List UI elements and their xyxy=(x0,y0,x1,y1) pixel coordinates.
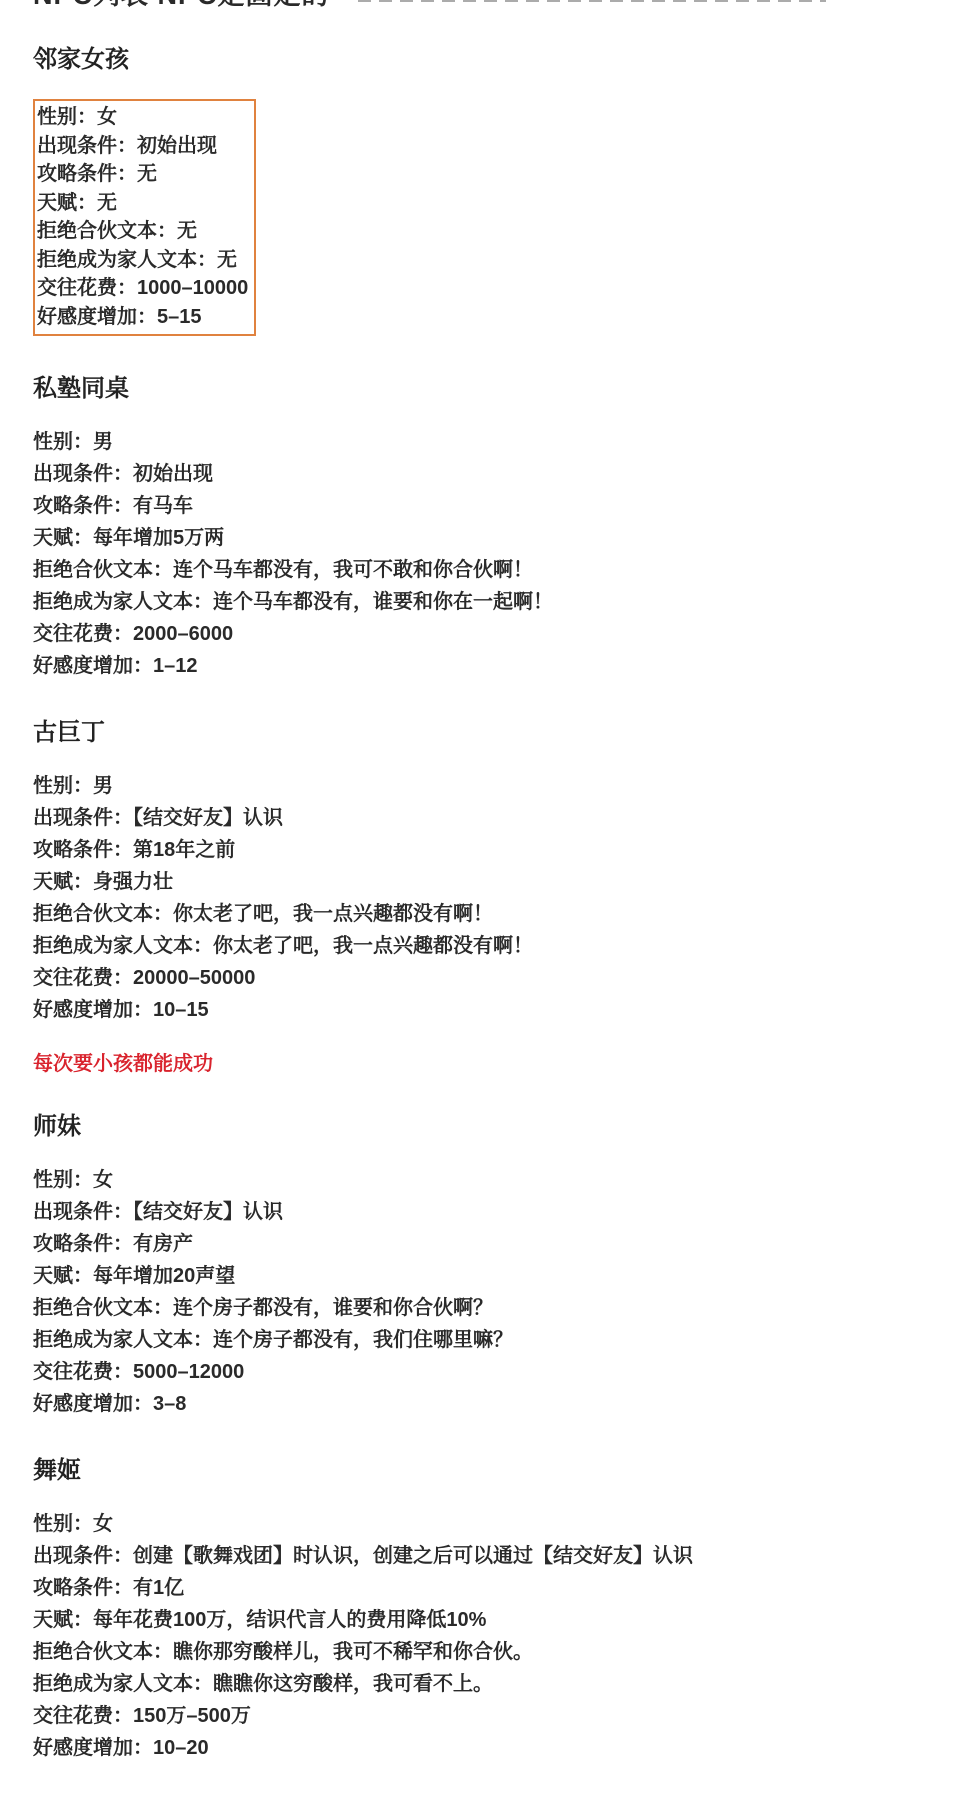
attr-refuse-partner-text: 拒绝合伙文本：连个房子都没有，谁要和你合伙啊？ xyxy=(33,1292,960,1324)
attr-refuse-partner-text: 拒绝合伙文本：无 xyxy=(37,217,248,246)
npc-name-heading: 古巨丁 xyxy=(33,718,960,748)
npc-section-linjianühai: 邻家女孩 性别：女 出现条件：初始出现 攻略条件：无 天赋：无 拒绝合伙文本：无… xyxy=(33,45,960,338)
attr-gender: 性别：女 xyxy=(37,103,248,132)
attr-refuse-family-text: 拒绝成为家人文本：瞧瞧你这穷酸样，我可看不上。 xyxy=(33,1668,960,1700)
attr-appear-condition: 出现条件：【结交好友】认识 xyxy=(33,1196,960,1228)
attr-pursue-condition: 攻略条件：有马车 xyxy=(33,490,960,522)
attr-gender: 性别：男 xyxy=(33,770,960,802)
attr-appear-condition: 出现条件：【结交好友】认识 xyxy=(33,802,960,834)
attr-talent: 天赋：每年增加20声望 xyxy=(33,1260,960,1292)
page-title-cropped: NPC列表 NPC是固定的 xyxy=(33,0,960,9)
attr-pursue-condition: 攻略条件：第18年之前 xyxy=(33,834,960,866)
attr-appear-condition: 出现条件：创建【歌舞戏团】时认识，创建之后可以通过【结交好友】认识 xyxy=(33,1540,960,1572)
attr-dating-cost: 交往花费：5000–12000 xyxy=(33,1356,960,1388)
attr-favor-gain: 好感度增加：10–15 xyxy=(33,994,960,1026)
attr-refuse-family-text: 拒绝成为家人文本：你太老了吧，我一点兴趣都没有啊！ xyxy=(33,930,960,962)
attr-refuse-family-text: 拒绝成为家人文本：无 xyxy=(37,246,248,275)
attr-gender: 性别：女 xyxy=(33,1508,960,1540)
attr-pursue-condition: 攻略条件：有1亿 xyxy=(33,1572,960,1604)
attr-refuse-partner-text: 拒绝合伙文本：你太老了吧，我一点兴趣都没有啊！ xyxy=(33,898,960,930)
attr-dating-cost: 交往花费：2000–6000 xyxy=(33,618,960,650)
npc-section-sishutongzhuo: 私塾同桌 性别：男 出现条件：初始出现 攻略条件：有马车 天赋：每年增加5万两 … xyxy=(33,374,960,682)
attr-favor-gain: 好感度增加：10–20 xyxy=(33,1732,960,1764)
attr-favor-gain: 好感度增加：5–15 xyxy=(37,303,248,332)
attr-talent: 天赋：每年花费100万，结识代言人的费用降低10% xyxy=(33,1604,960,1636)
attr-favor-gain: 好感度增加：3–8 xyxy=(33,1388,960,1420)
attr-refuse-partner-text: 拒绝合伙文本：瞧你那穷酸样儿，我可不稀罕和你合伙。 xyxy=(33,1636,960,1668)
article-page: NPC列表 NPC是固定的 邻家女孩 性别：女 出现条件：初始出现 攻略条件：无… xyxy=(0,0,980,1790)
title-note-smudge xyxy=(358,0,826,4)
attr-favor-gain: 好感度增加：1–12 xyxy=(33,650,960,682)
attr-refuse-family-text: 拒绝成为家人文本：连个房子都没有，我们住哪里嘛？ xyxy=(33,1324,960,1356)
attr-talent: 天赋：无 xyxy=(37,189,248,218)
attr-refuse-family-text: 拒绝成为家人文本：连个马车都没有，谁要和你在一起啊！ xyxy=(33,586,960,618)
attr-talent: 天赋：身强力壮 xyxy=(33,866,960,898)
attr-gender: 性别：男 xyxy=(33,426,960,458)
attr-gender: 性别：女 xyxy=(33,1164,960,1196)
npc-section-wuji: 舞姬 性别：女 出现条件：创建【歌舞戏团】时认识，创建之后可以通过【结交好友】认… xyxy=(33,1456,960,1764)
attr-talent: 天赋：每年增加5万两 xyxy=(33,522,960,554)
attr-dating-cost: 交往花费：150万–500万 xyxy=(33,1700,960,1732)
npc-stats-box: 性别：女 出现条件：初始出现 攻略条件：无 天赋：无 拒绝合伙文本：无 拒绝成为… xyxy=(33,99,256,336)
attr-dating-cost: 交往花费：1000–10000 xyxy=(37,274,248,303)
attr-dating-cost: 交往花费：20000–50000 xyxy=(33,962,960,994)
npc-name-heading: 师妹 xyxy=(33,1112,960,1142)
npc-name-heading: 邻家女孩 xyxy=(33,45,960,75)
attr-appear-condition: 出现条件：初始出现 xyxy=(33,458,960,490)
npc-name-heading: 私塾同桌 xyxy=(33,374,960,404)
npc-section-shimei: 师妹 性别：女 出现条件：【结交好友】认识 攻略条件：有房产 天赋：每年增加20… xyxy=(33,1112,960,1420)
npc-name-heading: 舞姬 xyxy=(33,1456,960,1486)
page-title: NPC列表 NPC是固定的 xyxy=(33,0,330,9)
npc-section-gujuding: 古巨丁 性别：男 出现条件：【结交好友】认识 攻略条件：第18年之前 天赋：身强… xyxy=(33,718,960,1026)
attr-refuse-partner-text: 拒绝合伙文本：连个马车都没有，我可不敢和你合伙啊！ xyxy=(33,554,960,586)
attr-pursue-condition: 攻略条件：无 xyxy=(37,160,248,189)
attr-pursue-condition: 攻略条件：有房产 xyxy=(33,1228,960,1260)
attr-appear-condition: 出现条件：初始出现 xyxy=(37,132,248,161)
page-title-row: NPC列表 NPC是固定的 xyxy=(33,0,960,9)
warning-note: 每次要小孩都能成功 xyxy=(33,1052,960,1076)
